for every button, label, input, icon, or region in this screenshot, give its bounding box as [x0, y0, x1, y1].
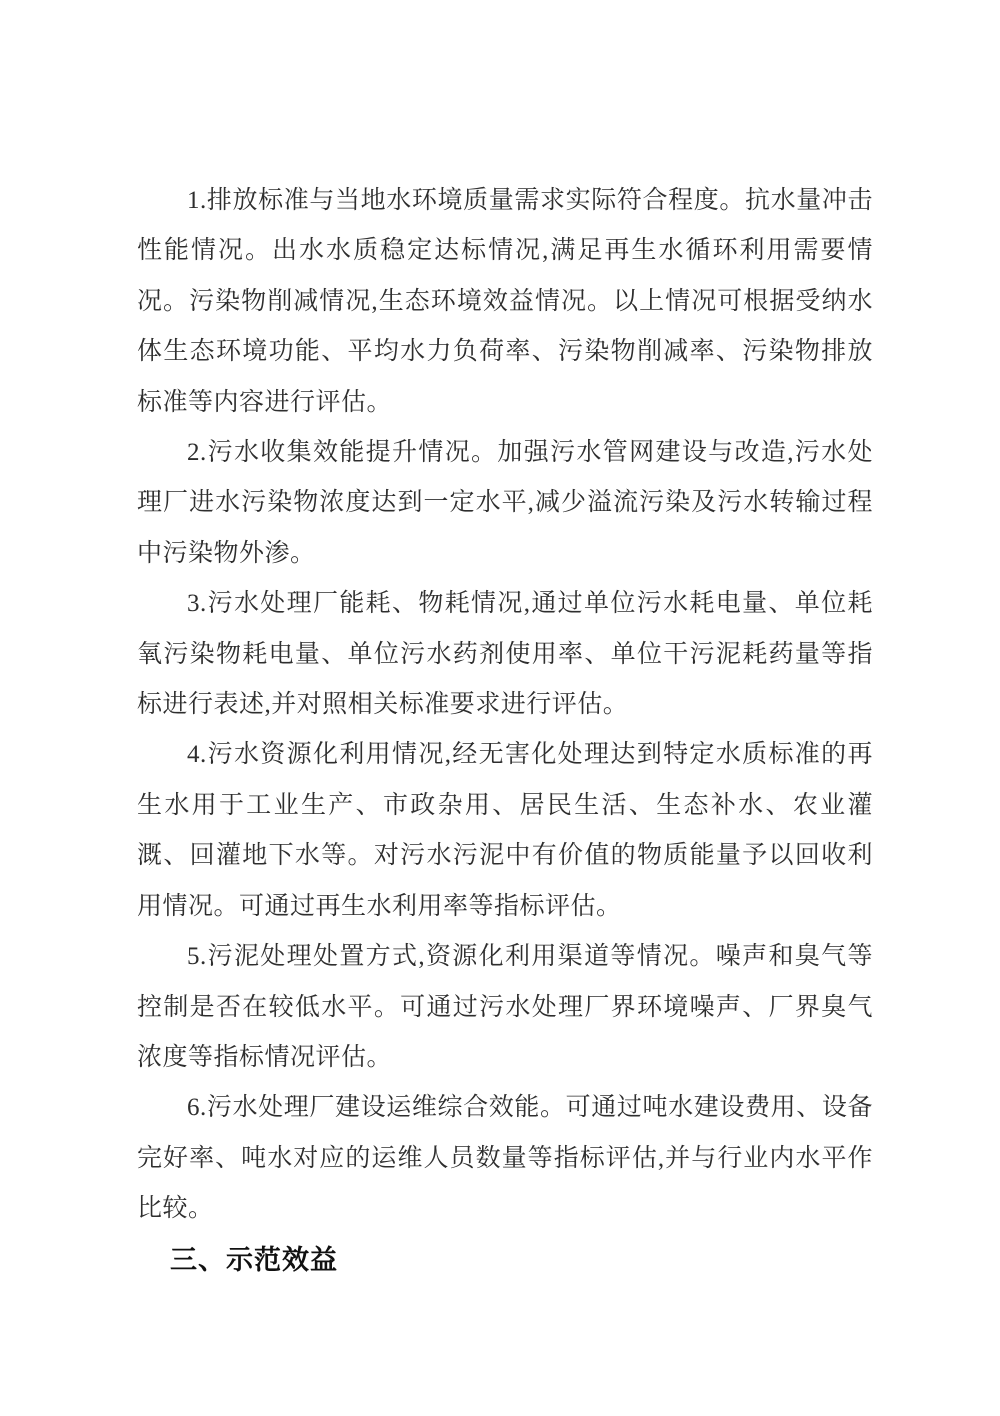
document-page: 1.排放标准与当地水环境质量需求实际符合程度。抗水量冲击性能情况。出水水质稳定达…: [0, 0, 1000, 1416]
paragraph-2: 2.污水收集效能提升情况。加强污水管网建设与改造,污水处理厂进水污染物浓度达到一…: [137, 428, 873, 579]
paragraph-6: 6.污水处理厂建设运维综合效能。可通过吨水建设费用、设备完好率、吨水对应的运维人…: [137, 1083, 873, 1234]
section-heading: 三、示范效益: [137, 1235, 873, 1285]
paragraph-3: 3.污水处理厂能耗、物耗情况,通过单位污水耗电量、单位耗氧污染物耗电量、单位污水…: [137, 579, 873, 730]
paragraph-1: 1.排放标准与当地水环境质量需求实际符合程度。抗水量冲击性能情况。出水水质稳定达…: [137, 176, 873, 428]
document-body: 1.排放标准与当地水环境质量需求实际符合程度。抗水量冲击性能情况。出水水质稳定达…: [137, 176, 873, 1285]
paragraph-5: 5.污泥处理处置方式,资源化利用渠道等情况。噪声和臭气等控制是否在较低水平。可通…: [137, 932, 873, 1083]
paragraph-4: 4.污水资源化利用情况,经无害化处理达到特定水质标准的再生水用于工业生产、市政杂…: [137, 730, 873, 932]
